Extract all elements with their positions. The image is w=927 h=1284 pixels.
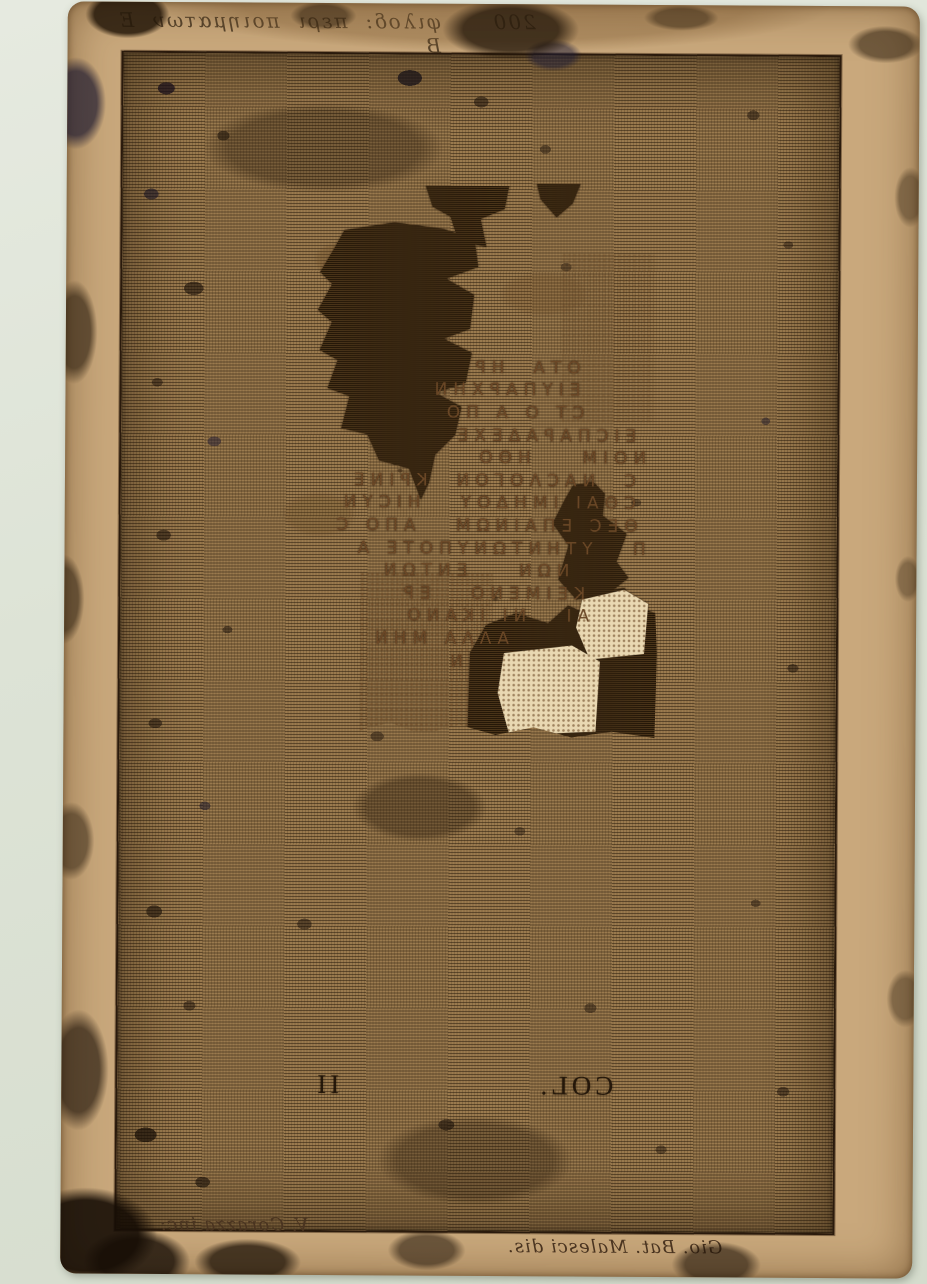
greek-text-line: CΘΑΙ ΙΜΗΔΟΥ ΗΙCΥΝ [273, 491, 636, 516]
greek-text-column: ΟΤΑ ΗΡΕΙΥΠΑΡΧΗΝCΤ Ο Α ΠΟΕΙCΠΑΡΑΔΕΧΕΝΟΙΜ … [271, 182, 659, 738]
greek-text-line: ΘΕC ΕΠΑΙΝΩΜ ΑΠΟ C [273, 514, 638, 539]
greek-text-line: ΚΕΙΜΕΝΟ ΕΡ [272, 581, 585, 606]
plate-number: 200 [492, 10, 536, 34]
greek-text-line: ΑΛΛΑ ΜΗΝ [272, 627, 509, 651]
column-numeral: II [313, 1069, 339, 1100]
engraved-plate: 200 φιλοδ: περι ποιηματων Ε Β [60, 1, 920, 1278]
plate-caption: 200 φιλοδ: περι ποιηματων Ε Β [96, 8, 536, 45]
greek-text-line: C ΝΑCΛΟΓΟΝ ΚΡΙΝΕ [273, 468, 636, 493]
greek-text-line: ΕΙΥΠΑΡΧΗΝ [273, 378, 580, 402]
greek-text-line: ΑΙ ΝΙ ΙΚΑΝΟ [272, 604, 589, 629]
greek-text-line: ΕΙCΠΑΡΑΔΕΧΕ [273, 423, 636, 448]
greek-text-line: CΤ Ο Α ΠΟ [273, 401, 584, 425]
engraver-signature-left: V. Corazza inc: [86, 1214, 308, 1249]
greek-text-line: Π ΥΤΗΝΤΩΝΥΠΟΤΕ Α [272, 536, 645, 561]
papyrus-facsimile: ΟΤΑ ΗΡΕΙΥΠΑΡΧΗΝCΤ Ο Α ΠΟΕΙCΠΑΡΑΔΕΧΕΝΟΙΜ … [271, 182, 659, 738]
engraved-frame: ΟΤΑ ΗΡΕΙΥΠΑΡΧΗΝCΤ Ο Α ΠΟΕΙCΠΑΡΑΔΕΧΕΝΟΙΜ … [114, 51, 841, 1235]
greek-text-line: ΝΩΝ ΕΝΤΩΝ [272, 559, 569, 583]
column-label: COL. [536, 1070, 613, 1101]
greek-text-line: ΟΤΑ ΗΡ [274, 355, 581, 379]
greek-text-line: ΝΟΙΜ ΗΘΟ [273, 446, 646, 471]
greek-text-line: Ν [272, 649, 463, 673]
column-heading: COL. II [313, 1069, 613, 1111]
photograph-background: 200 φιλοδ: περι ποιηματων Ε Β [0, 0, 927, 1284]
engraver-signature-right: Gio. Bat. Malesci dis. [478, 1236, 722, 1271]
hatched-field: ΟΤΑ ΗΡΕΙΥΠΑΡΧΗΝCΤ Ο Α ΠΟΕΙCΠΑΡΑΔΕΧΕΝΟΙΜ … [116, 53, 839, 1233]
